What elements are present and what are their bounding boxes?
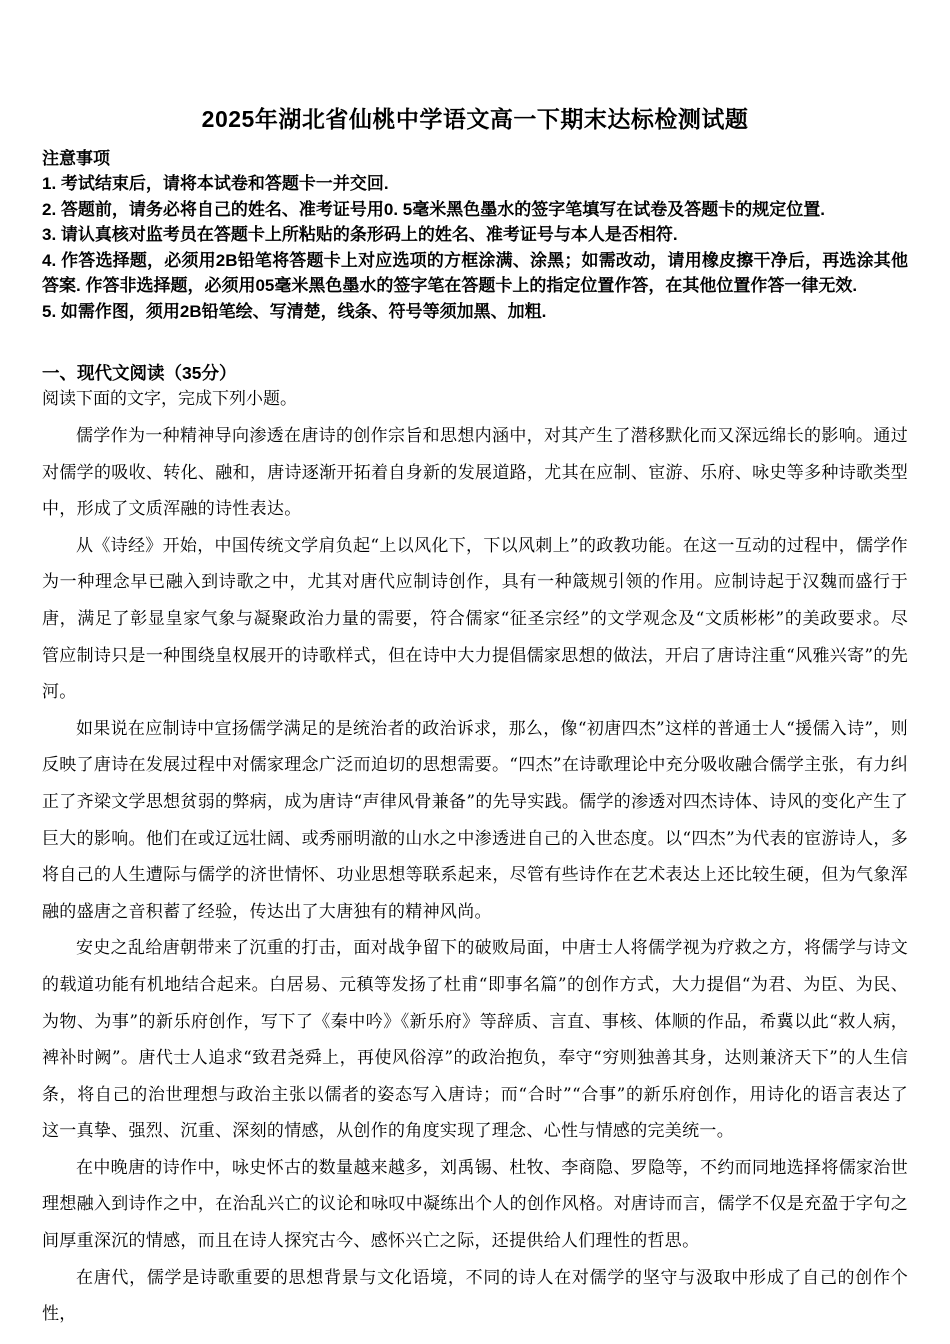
exam-paper-page: 2025年湖北省仙桃中学语文高一下期末达标检测试题 注意事项 1. 考试结束后，…: [0, 0, 950, 1344]
passage-paragraph-5: 在中晚唐的诗作中，咏史怀古的数量越来越多，刘禹锡、杜牧、李商隐、罗隐等，不约而同…: [42, 1150, 908, 1260]
notice-item-2: 2. 答题前，请务必将自己的姓名、准考证号用0. 5毫米黑色墨水的签字笔填写在试…: [42, 197, 908, 223]
page-title: 2025年湖北省仙桃中学语文高一下期末达标检测试题: [42, 104, 908, 134]
notice-item-1: 1. 考试结束后，请将本试卷和答题卡一并交回.: [42, 171, 908, 197]
section-one-heading: 一、现代文阅读（35分）: [42, 361, 908, 385]
passage-paragraph-6: 在唐代，儒学是诗歌重要的思想背景与文化语境，不同的诗人在对儒学的坚守与汲取中形成…: [42, 1260, 908, 1333]
passage-paragraph-4: 安史之乱给唐朝带来了沉重的打击，面对战争留下的破败局面，中唐士人将儒学视为疗救之…: [42, 930, 908, 1150]
notice-item-5: 5. 如需作图，须用2B铅笔绘、写清楚，线条、符号等须加黑、加粗.: [42, 299, 908, 325]
passage-paragraph-2: 从《诗经》开始，中国传统文学肩负起“上以风化下，下以风刺上”的政教功能。在这一互…: [42, 528, 908, 711]
notice-item-4: 4. 作答选择题，必须用2B铅笔将答题卡上对应选项的方框涂满、涂黑；如需改动，请…: [42, 248, 908, 299]
reading-passage: 儒学作为一种精神导向渗透在唐诗的创作宗旨和思想内涵中，对其产生了潜移默化而又深远…: [42, 418, 908, 1333]
notices-heading: 注意事项: [42, 146, 908, 171]
passage-paragraph-1: 儒学作为一种精神导向渗透在唐诗的创作宗旨和思想内涵中，对其产生了潜移默化而又深远…: [42, 418, 908, 528]
reading-instruction: 阅读下面的文字，完成下列小题。: [42, 387, 908, 411]
notice-item-3: 3. 请认真核对监考员在答题卡上所粘贴的条形码上的姓名、准考证号与本人是否相符.: [42, 222, 908, 248]
notices-section: 注意事项 1. 考试结束后，请将本试卷和答题卡一并交回. 2. 答题前，请务必将…: [42, 146, 908, 324]
passage-paragraph-3: 如果说在应制诗中宣扬儒学满足的是统治者的政治诉求，那么，像“初唐四杰”这样的普通…: [42, 711, 908, 931]
